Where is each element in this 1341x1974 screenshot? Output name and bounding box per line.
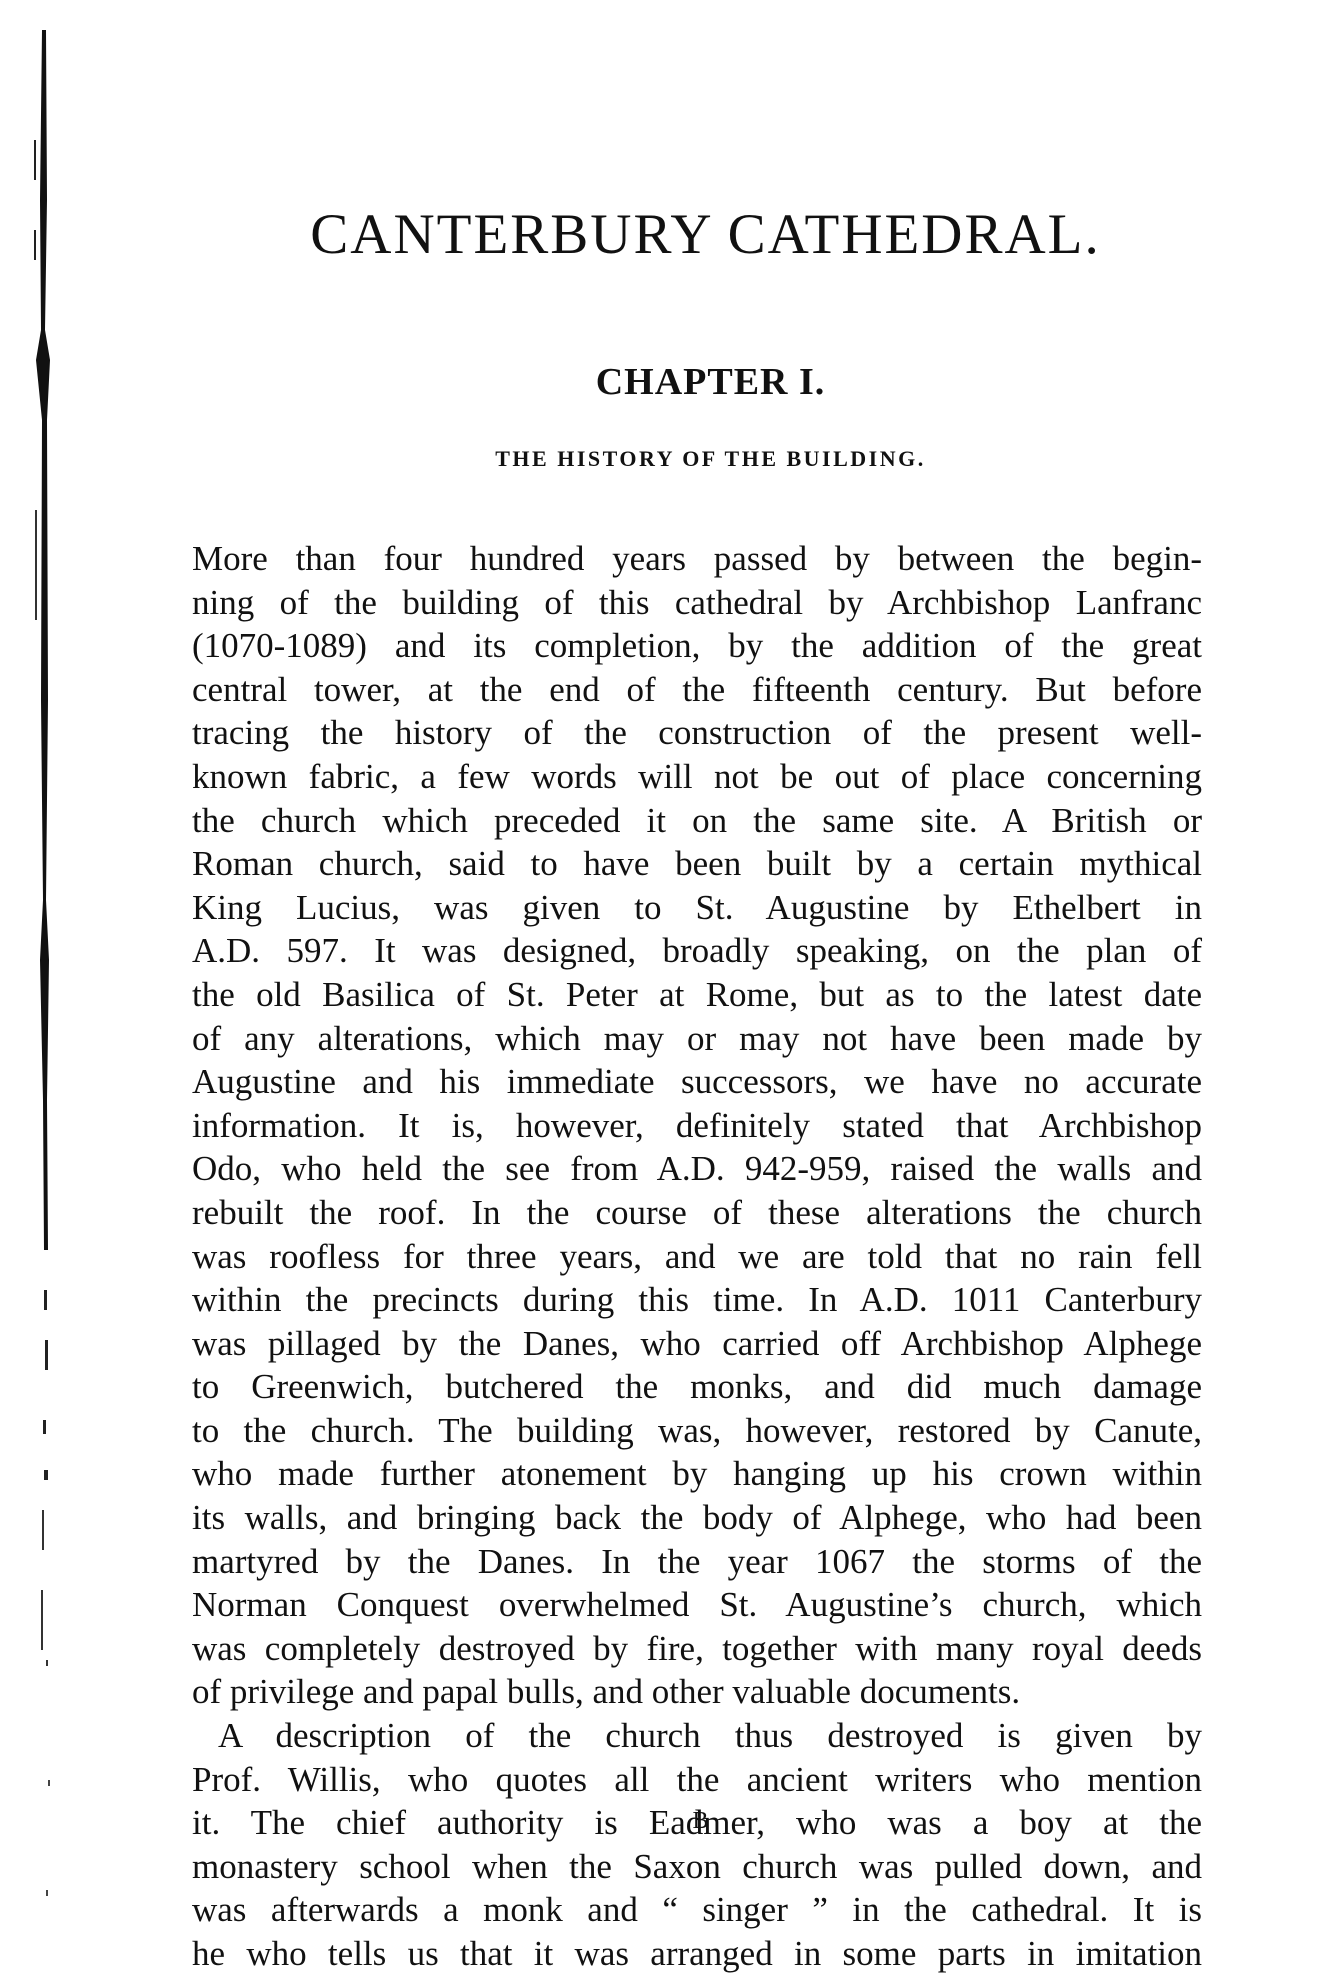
signature-mark: B <box>0 1808 1341 1835</box>
text-line: Augustine and his immediate successors, … <box>192 1060 1202 1104</box>
text-line: to the church. The building was, however… <box>192 1409 1202 1453</box>
text-line: Prof. Willis, who quotes all the ancient… <box>192 1758 1202 1802</box>
book-title: CANTERBURY CATHEDRAL. <box>0 205 1341 265</box>
text-line: Norman Conquest overwhelmed St. Augustin… <box>192 1583 1202 1627</box>
text-line: Roman church, said to have been built by… <box>192 842 1202 886</box>
text-line: its walls, and bringing back the body of… <box>192 1496 1202 1540</box>
text-line: information. It is, however, definitely … <box>192 1104 1202 1148</box>
text-line: he who tells us that it was arranged in … <box>192 1932 1202 1974</box>
text-line: the old Basilica of St. Peter at Rome, b… <box>192 973 1202 1017</box>
text-line: A.D. 597. It was designed, broadly speak… <box>192 929 1202 973</box>
text-line: of any alterations, which may or may not… <box>192 1017 1202 1061</box>
text-line: who made further atonement by hanging up… <box>192 1452 1202 1496</box>
body-text: More than four hundred years passed by b… <box>192 537 1202 1974</box>
text-line: was roofless for three years, and we are… <box>192 1235 1202 1279</box>
text-line: was completely destroyed by fire, togeth… <box>192 1627 1202 1671</box>
text-line: was pillaged by the Danes, who carried o… <box>192 1322 1202 1366</box>
text-line: More than four hundred years passed by b… <box>192 537 1202 581</box>
text-line: central tower, at the end of the fifteen… <box>192 668 1202 712</box>
text-line: ning of the building of this cathedral b… <box>192 581 1202 625</box>
text-line: known fabric, a few words will not be ou… <box>192 755 1202 799</box>
chapter-subtitle: THE HISTORY OF THE BUILDING. <box>0 446 1341 472</box>
paragraph-1: More than four hundred years passed by b… <box>192 537 1202 1714</box>
text-line: to Greenwich, butchered the monks, and d… <box>192 1365 1202 1409</box>
text-line: (1070-1089) and its completion, by the a… <box>192 624 1202 668</box>
text-line: A description of the church thus destroy… <box>192 1714 1202 1758</box>
text-line: tracing the history of the construction … <box>192 711 1202 755</box>
text-line: Odo, who held the see from A.D. 942-959,… <box>192 1147 1202 1191</box>
book-page: CANTERBURY CATHEDRAL. CHAPTER I. THE HIS… <box>0 0 1341 1974</box>
paragraph-2: A description of the church thus destroy… <box>192 1714 1202 1974</box>
text-line: the church which preceded it on the same… <box>192 799 1202 843</box>
text-line: within the precincts during this time. I… <box>192 1278 1202 1322</box>
text-line: monastery school when the Saxon church w… <box>192 1845 1202 1889</box>
text-line: of privilege and papal bulls, and other … <box>192 1670 1202 1714</box>
scan-edge-artifact <box>0 0 90 1974</box>
text-line: King Lucius, was given to St. Augustine … <box>192 886 1202 930</box>
text-line: martyred by the Danes. In the year 1067 … <box>192 1540 1202 1584</box>
text-line: rebuilt the roof. In the course of these… <box>192 1191 1202 1235</box>
chapter-heading: CHAPTER I. <box>0 361 1341 403</box>
text-line: was afterwards a monk and “ singer ” in … <box>192 1888 1202 1932</box>
